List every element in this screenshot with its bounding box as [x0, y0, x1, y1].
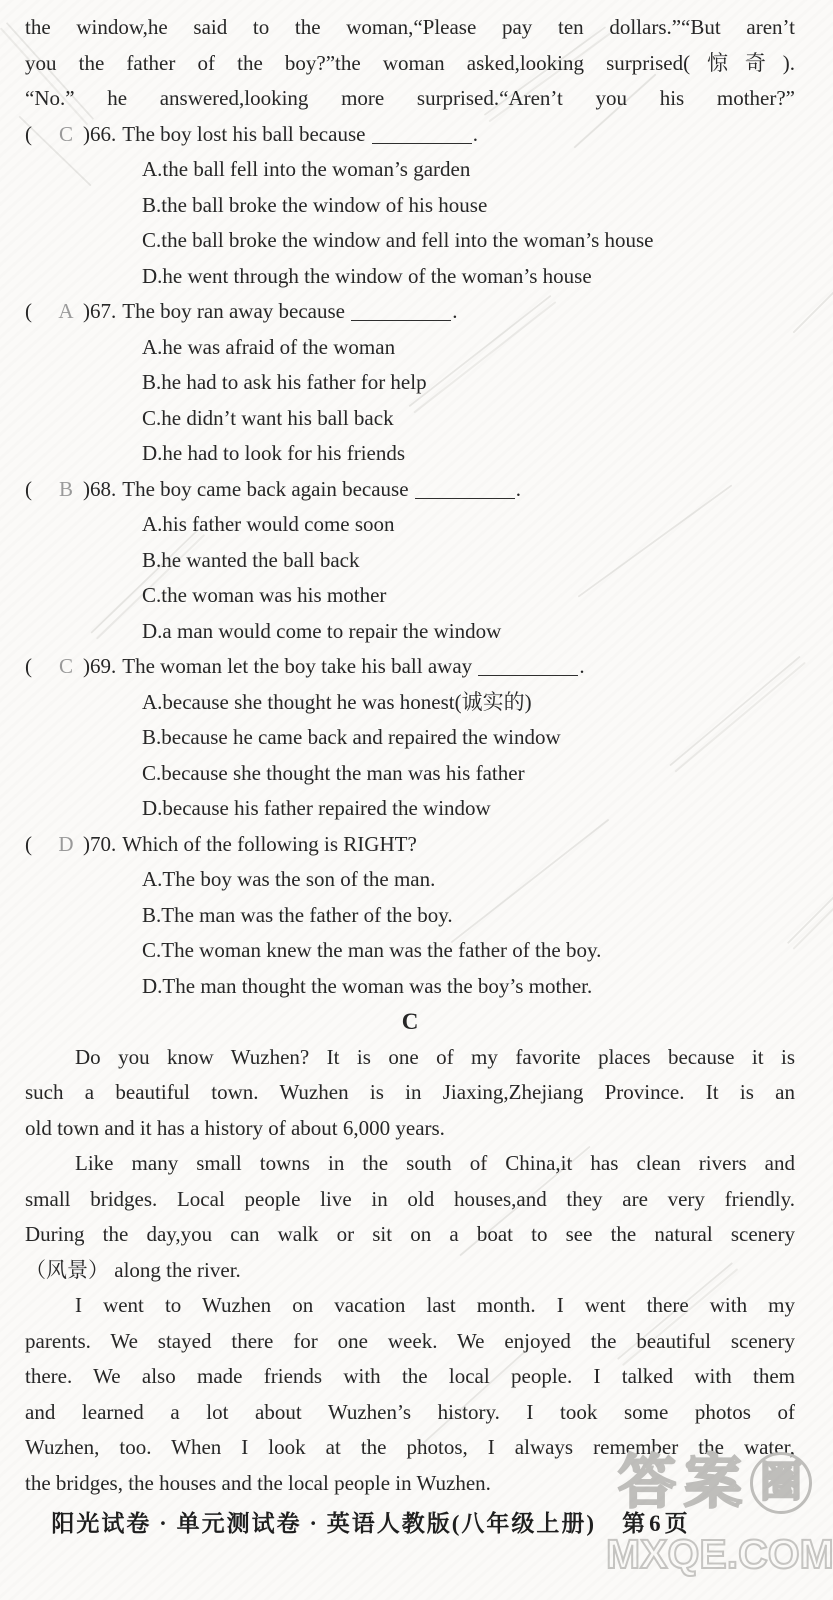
question-stem-row: ( C ) 69. The woman let the boy take his…	[25, 649, 795, 685]
question-number: 69.	[90, 649, 116, 685]
paren-close: )	[83, 117, 90, 153]
answer-letter: C	[49, 117, 83, 153]
question-number: 67.	[90, 294, 116, 330]
passage-line: （风景） along the river.	[25, 1253, 795, 1289]
passage-line: “No.” he answered,looking more surprised…	[25, 81, 795, 117]
option-a: A.The boy was the son of the man.	[25, 862, 795, 898]
passage-line: During the day,you can walk or sit on a …	[25, 1217, 795, 1253]
option-b: B.The man was the father of the boy.	[25, 898, 795, 934]
paren-open: (	[25, 294, 49, 330]
option-d: D.he had to look for his friends	[25, 436, 795, 472]
answer-blank	[372, 141, 472, 144]
question-67: ( A ) 67. The boy ran away because . A.h…	[25, 294, 795, 472]
option-c: C.The woman knew the man was the father …	[25, 933, 795, 969]
passage-line: I went to Wuzhen on vacation last month.…	[25, 1288, 795, 1324]
passage-line: Do you know Wuzhen? It is one of my favo…	[25, 1040, 795, 1076]
question-stem: The boy ran away because .	[122, 294, 795, 330]
stem-text: The boy lost his ball because	[122, 122, 370, 146]
answer-blank	[415, 496, 515, 499]
option-d: D.a man would come to repair the window	[25, 614, 795, 650]
stem-text: The boy came back again because	[122, 477, 414, 501]
option-d: D.he went through the window of the woma…	[25, 259, 795, 295]
paren-open: (	[25, 827, 49, 863]
page-number: 第6页	[622, 1511, 692, 1536]
answer-blank	[351, 318, 451, 321]
question-stem: The boy lost his ball because .	[122, 117, 795, 153]
question-68: ( B ) 68. The boy came back again becaus…	[25, 472, 795, 650]
question-stem: Which of the following is RIGHT?	[122, 827, 795, 863]
passage-line: parents. We stayed there for one week. W…	[25, 1324, 795, 1360]
paren-close: )	[83, 649, 90, 685]
passage-line: the bridges, the houses and the local pe…	[25, 1466, 795, 1502]
answer-letter: D	[49, 827, 83, 863]
question-number: 68.	[90, 472, 116, 508]
option-c: C.he didn’t want his ball back	[25, 401, 795, 437]
option-a: A.his father would come soon	[25, 507, 795, 543]
option-c: C.because she thought the man was his fa…	[25, 756, 795, 792]
passage-line: such a beautiful town. Wuzhen is in Jiax…	[25, 1075, 795, 1111]
answer-letter: B	[49, 472, 83, 508]
watermark-site-url: MXQE.COM	[606, 1534, 833, 1575]
stem-text: Which of the following is RIGHT?	[122, 832, 417, 856]
stem-text: The boy ran away because	[122, 299, 350, 323]
stem-tail: .	[579, 654, 584, 678]
scan-artifact	[792, 268, 833, 333]
option-b: B.he wanted the ball back	[25, 543, 795, 579]
footer-text: 阳光试卷 · 单元测试卷 · 英语人教版(八年级上册)	[51, 1511, 596, 1536]
answer-blank	[478, 673, 578, 676]
document-content: the window,he said to the woman,“Please …	[25, 10, 795, 1501]
paren-close: )	[83, 472, 90, 508]
passage-line: and learned a lot about Wuzhen’s history…	[25, 1395, 795, 1431]
question-number: 70.	[90, 827, 116, 863]
scanned-test-page: the window,he said to the woman,“Please …	[0, 0, 833, 1600]
page-footer: 阳光试卷 · 单元测试卷 · 英语人教版(八年级上册)第6页	[0, 1505, 833, 1538]
question-66: ( C ) 66. The boy lost his ball because …	[25, 117, 795, 295]
stem-tail: .	[452, 299, 457, 323]
stem-tail: .	[473, 122, 478, 146]
question-stem-row: ( A ) 67. The boy ran away because .	[25, 294, 795, 330]
passage-line: there. We also made friends with the loc…	[25, 1359, 795, 1395]
paren-open: (	[25, 472, 49, 508]
passage-line: small bridges. Local people live in old …	[25, 1182, 795, 1218]
passage-line: the window,he said to the woman,“Please …	[25, 10, 795, 46]
passage-line: old town and it has a history of about 6…	[25, 1111, 795, 1147]
passage-line: you the father of the boy?”the woman ask…	[25, 46, 795, 82]
question-stem-row: ( B ) 68. The boy came back again becaus…	[25, 472, 795, 508]
option-a: A.because she thought he was honest(诚实的)	[25, 685, 795, 721]
answer-letter: C	[49, 649, 83, 685]
paren-close: )	[83, 294, 90, 330]
option-a: A.the ball fell into the woman’s garden	[25, 152, 795, 188]
question-stem-row: ( D ) 70. Which of the following is RIGH…	[25, 827, 795, 863]
option-b: B.he had to ask his father for help	[25, 365, 795, 401]
option-c: C.the ball broke the window and fell int…	[25, 223, 795, 259]
answer-letter: A	[49, 294, 83, 330]
section-header: C	[25, 1004, 795, 1040]
paren-open: (	[25, 117, 49, 153]
paren-close: )	[83, 827, 90, 863]
option-a: A.he was afraid of the woman	[25, 330, 795, 366]
option-b: B.the ball broke the window of his house	[25, 188, 795, 224]
question-70: ( D ) 70. Which of the following is RIGH…	[25, 827, 795, 1005]
option-d: D.The man thought the woman was the boy’…	[25, 969, 795, 1005]
question-stem-row: ( C ) 66. The boy lost his ball because …	[25, 117, 795, 153]
question-stem: The boy came back again because .	[122, 472, 795, 508]
question-number: 66.	[90, 117, 116, 153]
passage-line: Wuzhen, too. When I look at the photos, …	[25, 1430, 795, 1466]
stem-tail: .	[516, 477, 521, 501]
stem-text: The woman let the boy take his ball away	[122, 654, 477, 678]
question-stem: The woman let the boy take his ball away…	[122, 649, 795, 685]
option-d: D.because his father repaired the window	[25, 791, 795, 827]
question-69: ( C ) 69. The woman let the boy take his…	[25, 649, 795, 827]
option-b: B.because he came back and repaired the …	[25, 720, 795, 756]
paren-open: (	[25, 649, 49, 685]
passage-line: Like many small towns in the south of Ch…	[25, 1146, 795, 1182]
option-c: C.the woman was his mother	[25, 578, 795, 614]
